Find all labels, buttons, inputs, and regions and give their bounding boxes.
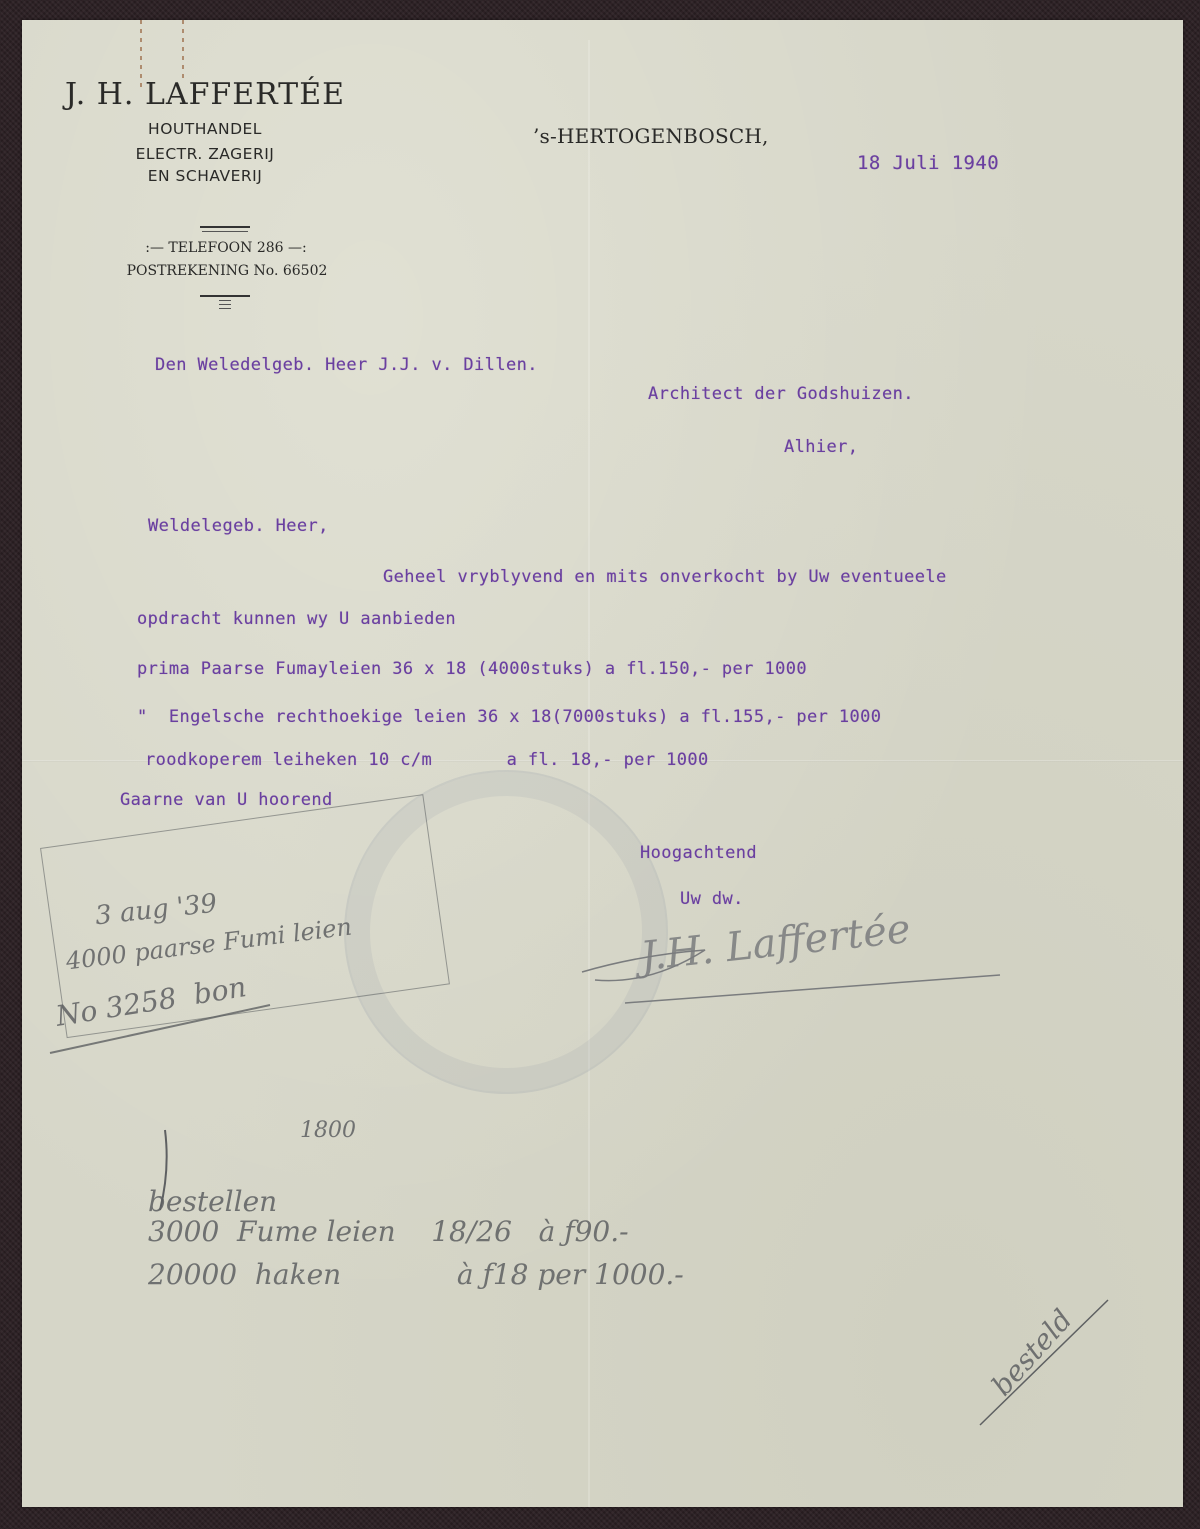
pencil-strokes: [0, 0, 1200, 1529]
